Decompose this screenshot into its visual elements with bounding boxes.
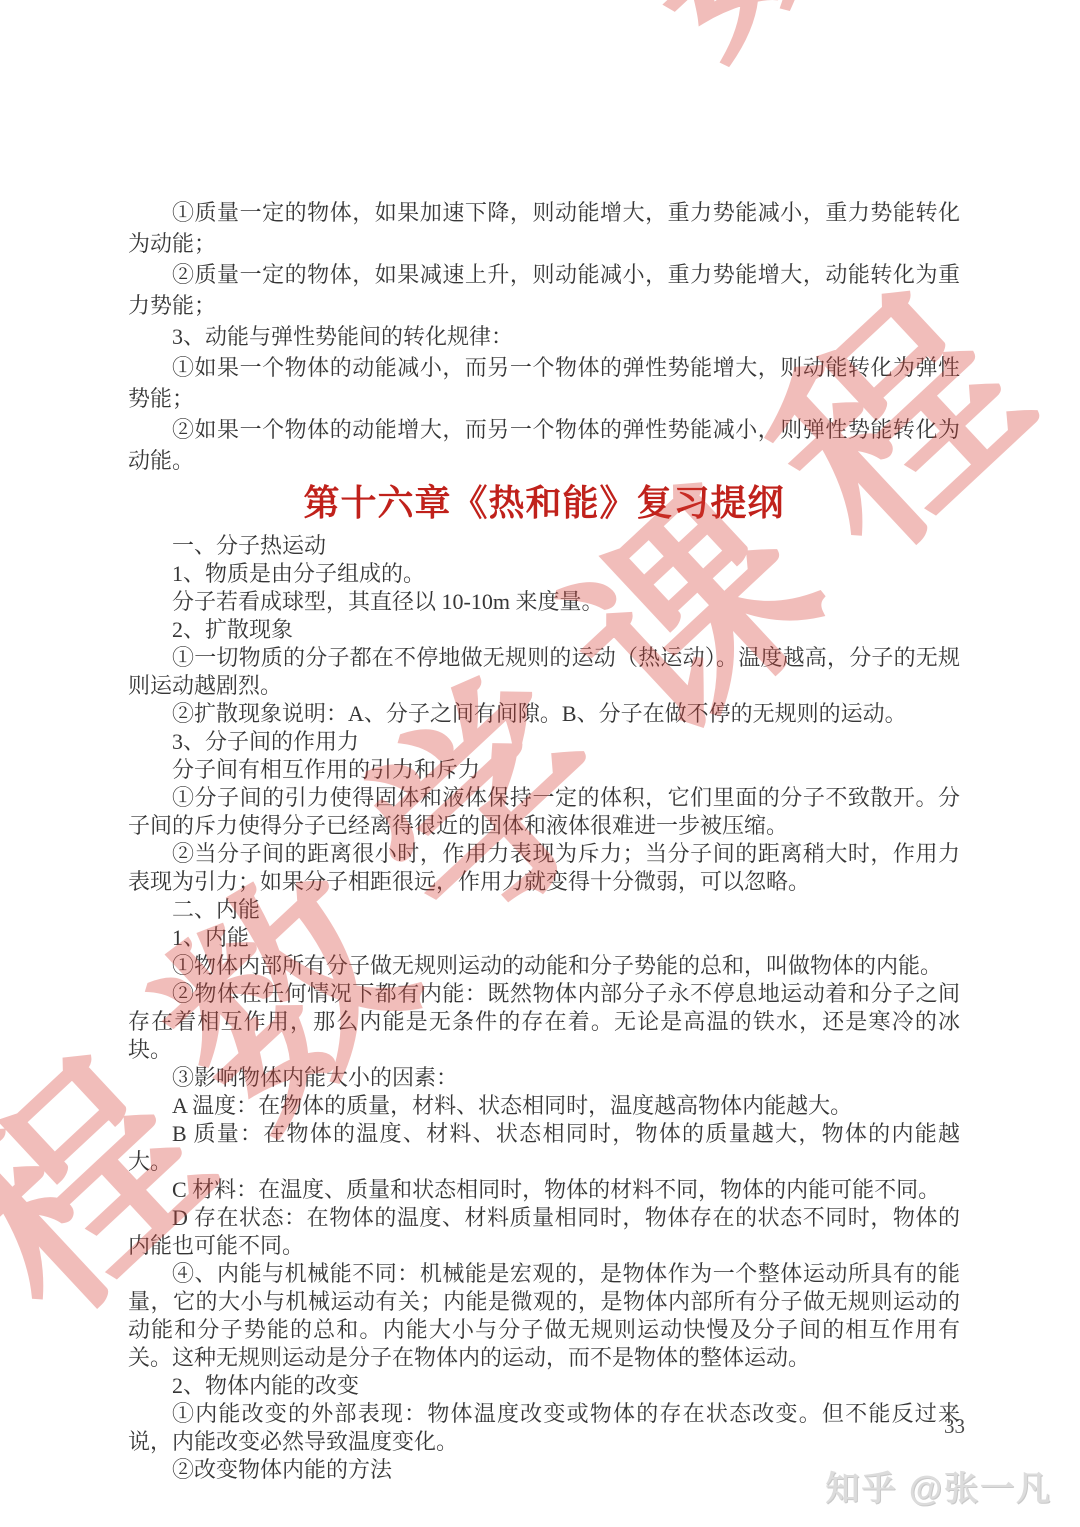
paragraph: ④、内能与机械能不同：机械能是宏观的，是物体作为一个整体运动所具有的能量，它的大… [128,1260,960,1372]
paragraph: ①如果一个物体的动能减小，而另一个物体的弹性势能增大，则动能转化为弹性势能； [128,352,960,414]
paragraph: 一、分子热运动 [128,532,960,560]
paragraph: ①一切物质的分子都在不停地做无规则的运动（热运动）。温度越高，分子的无规则运动越… [128,644,960,700]
paragraph: ③影响物体内能大小的因素： [128,1064,960,1092]
paragraph: 分子若看成球型，其直径以 10-10m 来度量。 [128,588,960,616]
paragraph: ②当分子间的距离很小时，作用力表现为斥力；当分子间的距离稍大时，作用力表现为引力… [128,840,960,896]
paragraph: ①内能改变的外部表现：物体温度改变或物体的存在状态改变。但不能反过来说，内能改变… [128,1400,960,1456]
paragraph: ②质量一定的物体，如果减速上升，则动能减小，重力势能增大，动能转化为重力势能； [128,259,960,321]
page-number: 33 [944,1414,965,1439]
paragraph: D 存在状态：在物体的温度、材料质量相同时，物体存在的状态不同时，物体的内能也可… [128,1204,960,1260]
paragraph: 1、物质是由分子组成的。 [128,560,960,588]
paragraph: ②物体在任何情况下都有内能：既然物体内部分子永不停息地运动着和分子之间存在着相互… [128,980,960,1064]
paragraph: ①质量一定的物体，如果加速下降，则动能增大，重力势能减小，重力势能转化为动能； [128,197,960,259]
body-section: 一、分子热运动1、物质是由分子组成的。分子若看成球型，其直径以 10-10m 来… [128,532,960,1484]
intro-section: ①质量一定的物体，如果加速下降，则动能增大，重力势能减小，重力势能转化为动能；②… [128,197,960,476]
paragraph: C 材料：在温度、质量和状态相同时，物体的材料不同，物体的内能可能不同。 [128,1176,960,1204]
chapter-title: 第十六章《热和能》复习提纲 [128,480,960,526]
paragraph: 1、内能 [128,924,960,952]
paragraph: ①物体内部所有分子做无规则运动的动能和分子势能的总和，叫做物体的内能。 [128,952,960,980]
zhihu-credit: 知乎 @张一凡 [825,1461,1052,1510]
paragraph: ②如果一个物体的动能增大，而另一个物体的弹性势能减小，则弹性势能转化为动能。 [128,414,960,476]
document-page: 程数学课程 数 ①质量一定的物体，如果加速下降，则动能增大，重力势能减小，重力势… [0,0,1080,1527]
page-content: ①质量一定的物体，如果加速下降，则动能增大，重力势能减小，重力势能转化为动能；②… [128,0,960,1484]
paragraph: ②扩散现象说明：A、分子之间有间隙。B、分子在做不停的无规则的运动。 [128,700,960,728]
paragraph: 2、扩散现象 [128,616,960,644]
paragraph: 3、动能与弹性势能间的转化规律： [128,321,960,352]
paragraph: 分子间有相互作用的引力和斥力 [128,756,960,784]
paragraph: 3、分子间的作用力 [128,728,960,756]
paragraph: B 质量：在物体的温度、材料、状态相同时，物体的质量越大，物体的内能越大。 [128,1120,960,1176]
paragraph: 二、内能 [128,896,960,924]
paragraph: 2、物体内能的改变 [128,1372,960,1400]
paragraph: A 温度：在物体的质量，材料、状态相同时，温度越高物体内能越大。 [128,1092,960,1120]
paragraph: ①分子间的引力使得固体和液体保持一定的体积，它们里面的分子不致散开。分子间的斥力… [128,784,960,840]
